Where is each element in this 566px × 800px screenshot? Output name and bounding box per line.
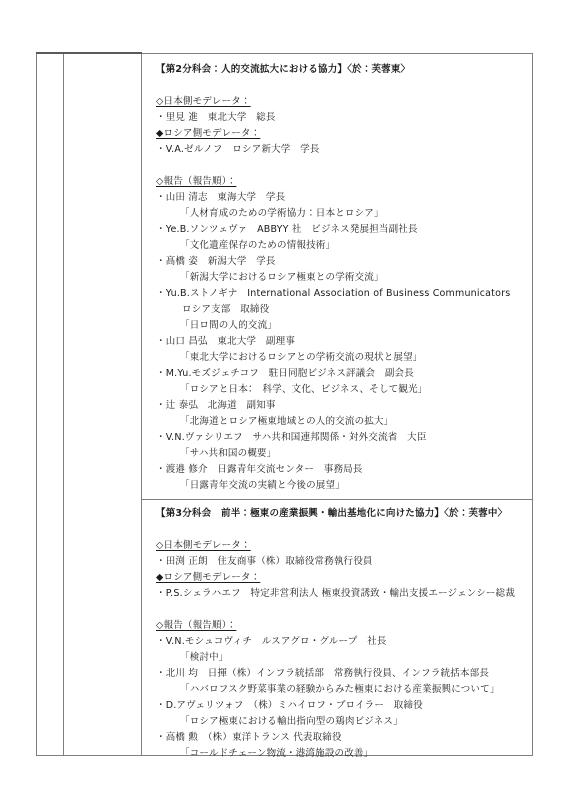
- session-line: ・V.A.ゼルノフ ロシア新大学 学長: [142, 142, 532, 158]
- sessions-container: 【第2分科会：人的交流拡大における協力】〈於：芙蓉東〉 ◇日本側モデレータ：・里…: [142, 54, 532, 755]
- session-line: 「ハバロフスク野菜事業の経験からみた極東における産業振興について」: [142, 682, 532, 698]
- session-line: ◆ロシア側モデレータ：: [142, 570, 532, 586]
- session-line: ・V.N.ヴァシリエフ サハ共和国連邦関係・対外交流省 大臣: [142, 430, 532, 446]
- session-line: ・M.Yu.モズジェチコフ 駐日同胞ビジネス評議会 副会長: [142, 366, 532, 382]
- session-line: 「文化遺産保存のための情報技術」: [142, 238, 532, 254]
- session-line: ・山田 清志 東海大学 学長: [142, 190, 532, 206]
- session-line: [142, 602, 532, 618]
- session-line: [142, 78, 532, 94]
- session-line: 「ロシアと日本： 科学、文化、ビジネス、そして観光」: [142, 382, 532, 398]
- session-line: ◇報告（報告順）：: [142, 618, 532, 634]
- session-line: 「新潟大学におけるロシア極東との学術交流」: [142, 270, 532, 286]
- session-line: 「東北大学におけるロシアとの学術交流の現状と展望」: [142, 350, 532, 366]
- session-line: ◇報告（報告順）：: [142, 174, 532, 190]
- session-line: 「ロシア極東における輸出指向型の鶏肉ビジネス」: [142, 714, 532, 730]
- session-line: ・辻 泰弘 北海道 副知事: [142, 398, 532, 414]
- session-3-block: 【第3分科会 前半：極東の産業振興・輸出基地化に向けた協力】〈於：芙蓉中〉 ◇日…: [142, 506, 532, 762]
- session-line: ◇日本側モデレータ：: [142, 538, 532, 554]
- session-line: ・山口 昌弘 東北大学 副理事: [142, 334, 532, 350]
- session-line: ・里見 進 東北大学 総長: [142, 110, 532, 126]
- session-line: [142, 522, 532, 538]
- session-3-title: 【第3分科会 前半：極東の産業振興・輸出基地化に向けた協力】〈於：芙蓉中〉: [142, 506, 532, 522]
- session-2-block: 【第2分科会：人的交流拡大における協力】〈於：芙蓉東〉 ◇日本側モデレータ：・里…: [142, 62, 532, 494]
- session-line: ・Ye.B.ソンツェヴァ ABBYY 社 ビジネス発展担当副社長: [142, 222, 532, 238]
- session-2-lines: ◇日本側モデレータ：・里見 進 東北大学 総長◆ロシア側モデレータ：・V.A.ゼ…: [142, 78, 532, 494]
- session-line: ロシア支部 取締役: [142, 302, 532, 318]
- document-page: 【第2分科会：人的交流拡大における協力】〈於：芙蓉東〉 ◇日本側モデレータ：・里…: [0, 0, 566, 800]
- program-table: 【第2分科会：人的交流拡大における協力】〈於：芙蓉東〉 ◇日本側モデレータ：・里…: [36, 53, 533, 756]
- session-line: ・D.アヴェリツォフ （株）ミハイロフ・ブロイラー 取締役: [142, 698, 532, 714]
- session-line: ・北川 均 日揮（株）インフラ統括部 常務執行役員、インフラ統括本部長: [142, 666, 532, 682]
- session-line: ◇日本側モデレータ：: [142, 94, 532, 110]
- session-line: ・高橋 勲 （株）東洋トランス 代表取締役: [142, 730, 532, 746]
- table-top-border-segment: [36, 52, 142, 54]
- session-line: 「日ロ間の人的交流」: [142, 318, 532, 334]
- session-line: ・Yu.B.ストノギナ International Association of…: [142, 286, 532, 302]
- session-line: 「日露青年交流の実績と今後の展望」: [142, 478, 532, 494]
- session-line: ・渡邉 修介 日露青年交流センター 事務局長: [142, 462, 532, 478]
- table-column-divider-1: [63, 54, 64, 755]
- session-2-title: 【第2分科会：人的交流拡大における協力】〈於：芙蓉東〉: [142, 62, 532, 78]
- session-line: 「コールドチェーン物流・港湾施設の改善」: [142, 746, 532, 762]
- session-line: ・髙橋 姿 新潟大学 学長: [142, 254, 532, 270]
- session-line: 「北海道とロシア極東地域との人的交流の拡大」: [142, 414, 532, 430]
- session-line: ・P.S.シェラハエフ 特定非営利法人 極東投資誘致・輸出支援エージェンシー総裁: [142, 586, 532, 602]
- session-line: [142, 158, 532, 174]
- session-line: ・V.N.モシュコヴィチ ルスアグロ・グループ 社長: [142, 634, 532, 650]
- session-line: 「人材育成のための学術協力：日本とロシア」: [142, 206, 532, 222]
- session-line: ◆ロシア側モデレータ：: [142, 126, 532, 142]
- session-3-lines: ◇日本側モデレータ：・田渕 正朗 住友商事（株）取締役常務執行役員◆ロシア側モデ…: [142, 522, 532, 762]
- session-line: 「検討中」: [142, 650, 532, 666]
- session-line: ・田渕 正朗 住友商事（株）取締役常務執行役員: [142, 554, 532, 570]
- session-line: 「サハ共和国の概要」: [142, 446, 532, 462]
